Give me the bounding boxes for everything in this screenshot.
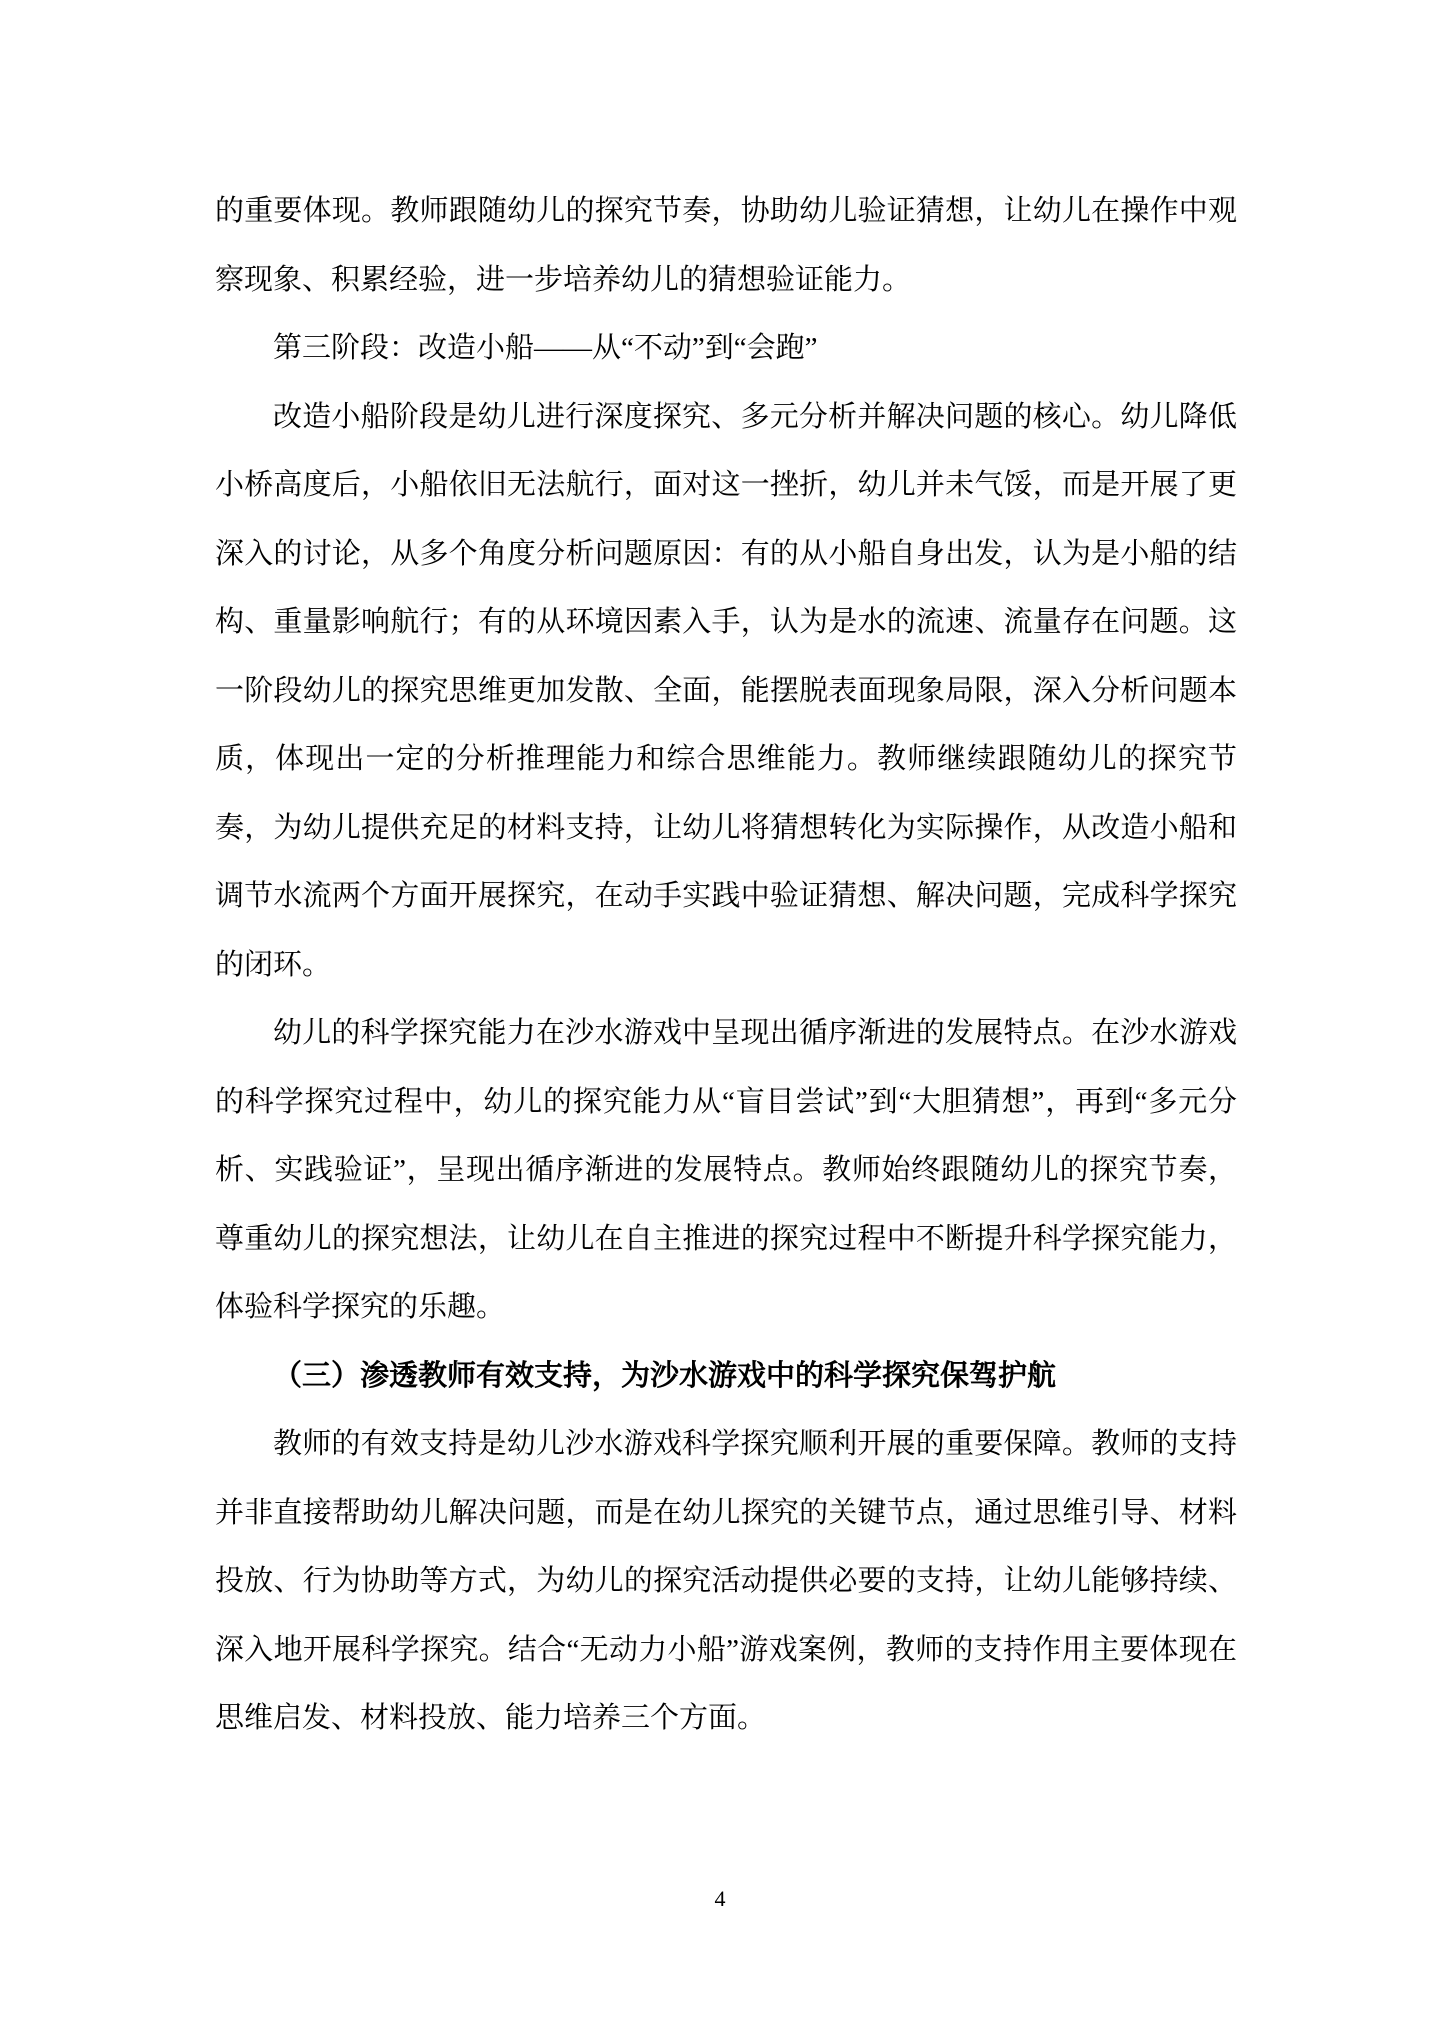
section-three-heading: （三）渗透教师有效支持，为沙水游戏中的科学探究保驾护航 [215,1342,1237,1411]
paragraph-teacher-support: 教师的有效支持是幼儿沙水游戏科学探究顺利开展的重要保障。教师的支持并非直接帮助幼… [215,1410,1237,1753]
paragraph-development-summary: 幼儿的科学探究能力在沙水游戏中呈现出循序渐进的发展特点。在沙水游戏的科学探究过程… [215,999,1237,1342]
paragraph-continuation: 的重要体现。教师跟随幼儿的探究节奏，协助幼儿验证猜想，让幼儿在操作中观察现象、积… [215,177,1237,314]
paragraph-stage-three-body: 改造小船阶段是幼儿进行深度探究、多元分析并解决问题的核心。幼儿降低小桥高度后，小… [215,383,1237,1000]
stage-three-subheading: 第三阶段：改造小船——从“不动”到“会跑” [215,314,1237,383]
document-page: 的重要体现。教师跟随幼儿的探究节奏，协助幼儿验证猜想，让幼儿在操作中观察现象、积… [0,0,1440,2036]
page-number: 4 [0,1884,1440,1914]
page-content: 的重要体现。教师跟随幼儿的探究节奏，协助幼儿验证猜想，让幼儿在操作中观察现象、积… [215,177,1237,1753]
